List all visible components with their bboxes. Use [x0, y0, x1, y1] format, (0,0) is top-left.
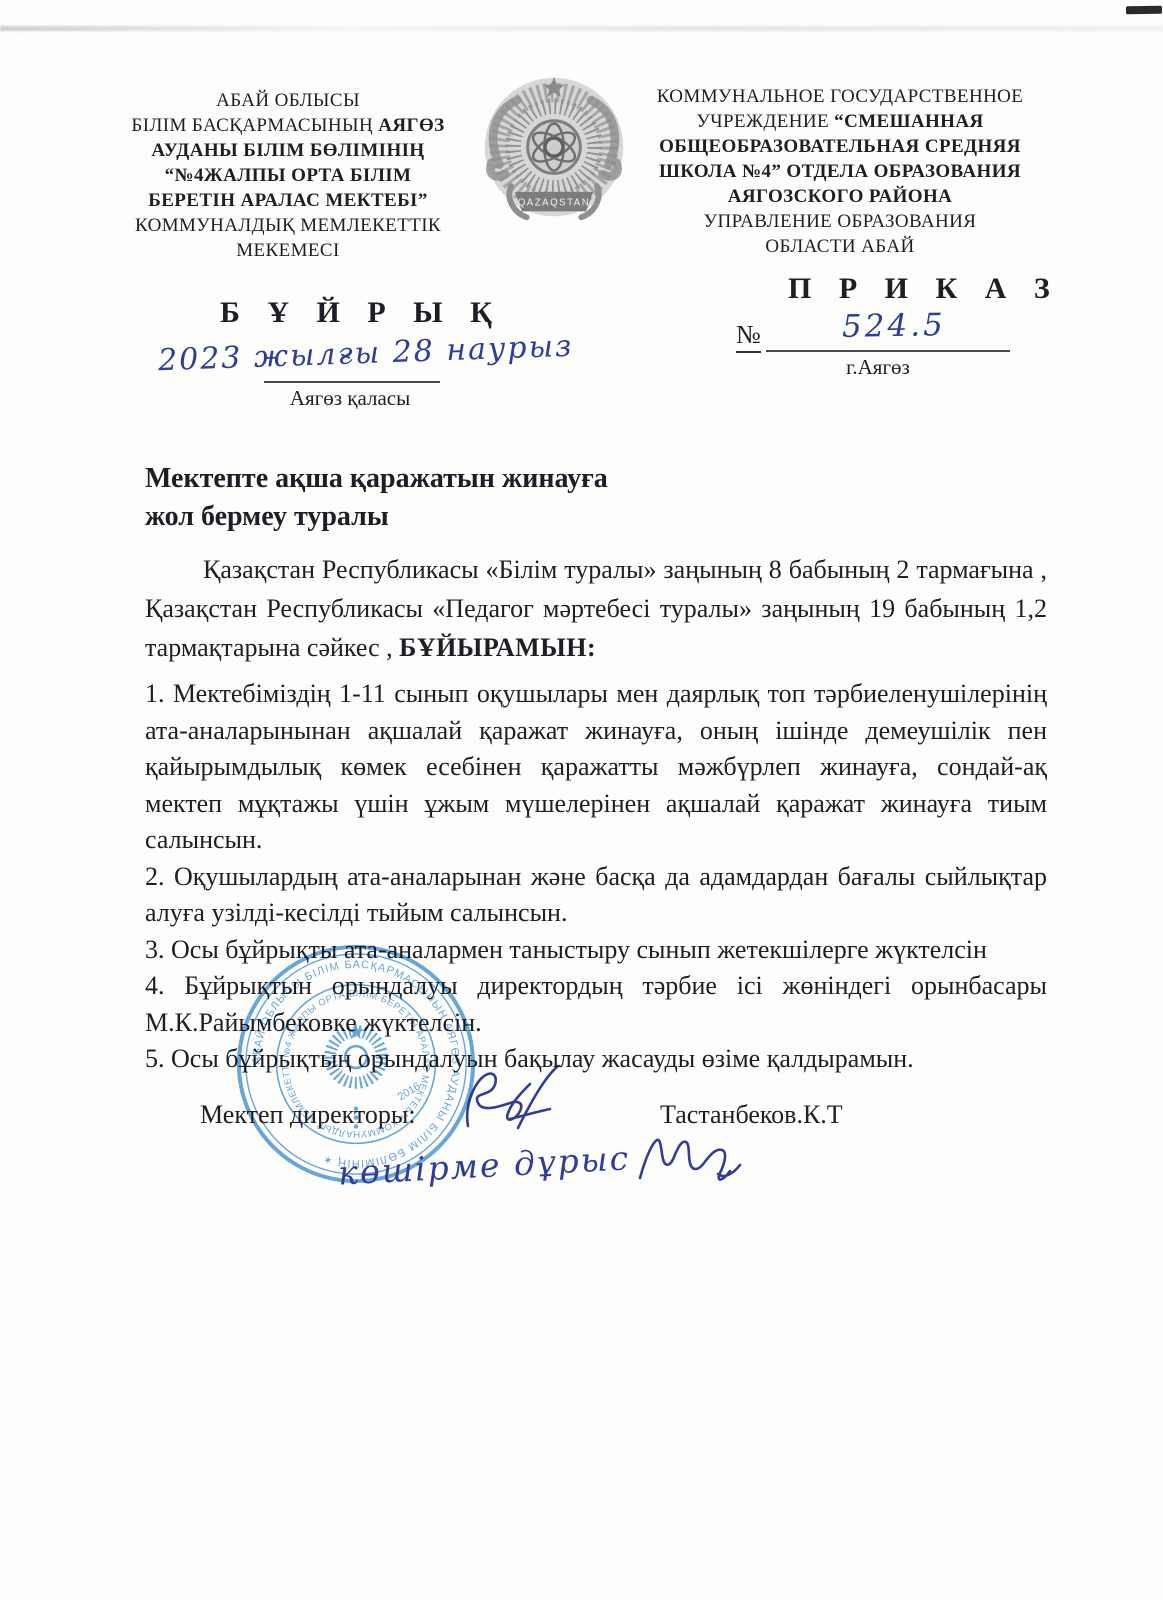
- org-line: КОММУНАЛДЫҚ МЕМЛЕКЕТТІК: [112, 213, 464, 238]
- order-item: 1. Мектебіміздің 1-11 сынып оқушылары ме…: [145, 676, 1047, 859]
- org-line: АБАЙ ОБЛЫСЫ: [112, 88, 464, 113]
- order-number-sign: №: [736, 320, 761, 353]
- svg-text:QAZAQSTAN: QAZAQSTAN: [518, 198, 591, 209]
- intro-paragraph: Қазақстан Республикасы «Білім туралы» за…: [145, 550, 1047, 667]
- scan-smudge-artifact: [0, 26, 1163, 31]
- org-line: КОММУНАЛЬНОЕ ГОСУДАРСТВЕННОЕ: [636, 84, 1044, 109]
- org-line: ОБЩЕОБРАЗОВАТЕЛЬНАЯ СРЕДНЯЯ: [636, 134, 1044, 159]
- date-underline: [264, 381, 440, 383]
- order-item: 2. Оқушылардың ата-аналарынан және басқа…: [145, 859, 1047, 932]
- scan-corner-mark: [1126, 6, 1162, 15]
- org-line: АУДАНЫ БІЛІМ БӨЛІМІНІҢ: [112, 138, 464, 163]
- org-block-russian: КОММУНАЛЬНОЕ ГОСУДАРСТВЕННОЕ УЧРЕЖДЕНИЕ …: [636, 84, 1044, 259]
- handwritten-date: 2023 жылғы 28 наурыз: [158, 329, 574, 378]
- org-line: БІЛІМ БАСҚАРМАСЫНЫҢ АЯГӨЗ: [112, 113, 464, 138]
- kazakhstan-emblem-icon: QAZAQSTAN: [476, 70, 632, 228]
- handwritten-order-number: 524.5: [842, 307, 946, 345]
- org-line: ОБЛАСТИ АБАЙ: [636, 234, 1044, 259]
- org-line: МЕКЕМЕСІ: [112, 238, 464, 263]
- place-russian: г.Аягөз: [818, 355, 938, 380]
- org-line: “№4ЖАЛПЫ ОРТА БІЛІМ: [112, 163, 464, 188]
- order-title-kazakh: Б Ұ Й Р Ы Қ: [220, 296, 502, 330]
- signature-label: Мектеп директоры:: [200, 1100, 416, 1130]
- org-line: БЕРЕТІН АРАЛАС МЕКТЕБІ”: [112, 188, 464, 213]
- org-line: УПРАВЛЕНИЕ ОБРАЗОВАНИЯ: [636, 209, 1044, 234]
- number-underline: [766, 350, 1010, 352]
- director-signature-icon: [452, 1062, 582, 1152]
- resolve-word: БҰЙЫРАМЫН:: [399, 633, 596, 662]
- subject-line: Мектепте ақша қаражатын жинауға: [145, 460, 608, 498]
- place-kazakh: Аягөз қаласы: [250, 386, 450, 411]
- scanned-order-document: АБАЙ ОБЛЫСЫ БІЛІМ БАСҚАРМАСЫНЫҢ АЯГӨЗ АУ…: [0, 0, 1163, 1600]
- subject-line: жол бермеу туралы: [145, 498, 608, 536]
- order-subject: Мектепте ақша қаражатын жинауға жол берм…: [145, 460, 608, 536]
- org-line: УЧРЕЖДЕНИЕ “СМЕШАННАЯ: [636, 109, 1044, 134]
- secondary-signature-icon: [632, 1120, 747, 1200]
- order-title-russian: П Р И К А З: [788, 272, 1060, 306]
- org-line: АЯГОЗСКОГО РАЙОНА: [636, 184, 1044, 209]
- org-line: ШКОЛА №4” ОТДЕЛА ОБРАЗОВАНИЯ: [636, 159, 1044, 184]
- org-block-kazakh: АБАЙ ОБЛЫСЫ БІЛІМ БАСҚАРМАСЫНЫҢ АЯГӨЗ АУ…: [112, 88, 464, 263]
